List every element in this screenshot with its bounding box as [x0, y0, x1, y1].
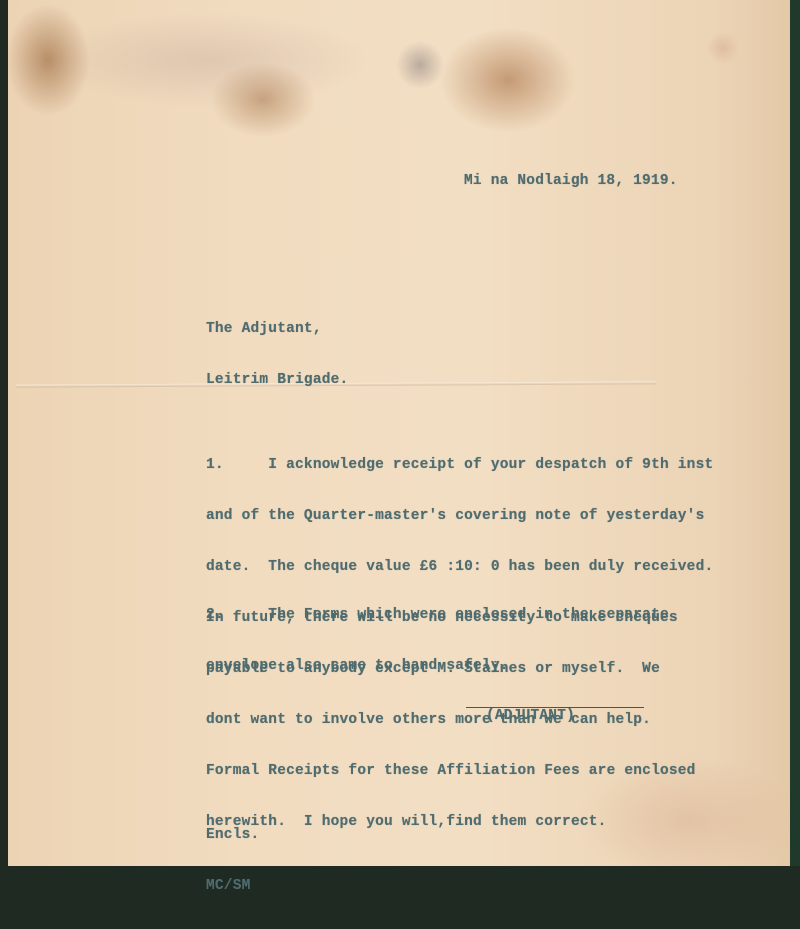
letter-page: Mi na Nodlaigh 18, 1919. The Adjutant, L… [8, 0, 790, 866]
paragraph-2: 2. The Forms which were enclosed in the … [206, 573, 669, 709]
body-line: dont want to involve others more than we… [206, 712, 713, 729]
addressee-line: The Adjutant, [206, 321, 348, 338]
scan-border [790, 0, 800, 866]
enclosure-line: Encls. [206, 827, 259, 844]
enclosure-block: Encls. MC/SM [206, 793, 259, 866]
signature-title: (ADJUTANT) [486, 708, 575, 725]
addressee-line: Leitrim Brigade. [206, 372, 348, 389]
body-line: 2. The Forms which were enclosed in the … [206, 607, 669, 624]
body-line: envelope also came to hand safely. [206, 658, 669, 675]
body-line: herewith. I hope you will,find them corr… [206, 814, 713, 831]
body-line: 1. I acknowledge receipt of your despatc… [206, 457, 713, 474]
body-line: and of the Quarter-master's covering not… [206, 508, 713, 525]
letter-date: Mi na Nodlaigh 18, 1919. [464, 173, 678, 190]
addressee-block: The Adjutant, Leitrim Brigade. [206, 287, 348, 423]
body-line: Formal Receipts for these Affiliation Fe… [206, 763, 713, 780]
